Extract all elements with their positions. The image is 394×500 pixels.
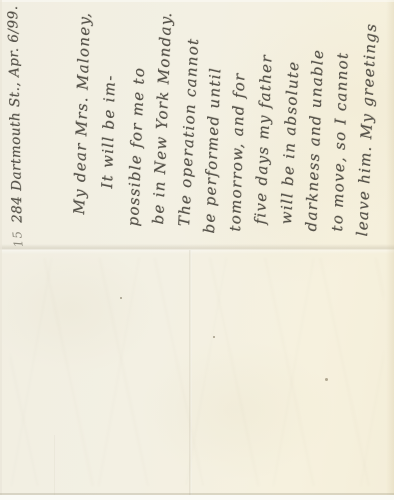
letter-body: It will be im- possible for me to be in … bbox=[95, 0, 376, 247]
rotated-letter-text: 15284 Dartmouth St., Apr. 6/99. My dear … bbox=[0, 0, 394, 500]
paper-top-edge bbox=[0, 0, 394, 2]
paper-left-edge bbox=[0, 0, 2, 500]
letter-scan: 15284 Dartmouth St., Apr. 6/99. My dear … bbox=[0, 0, 394, 500]
letter-salutation: My dear Mrs. Maloney, bbox=[67, 0, 98, 215]
written-panel: 15284 Dartmouth St., Apr. 6/99. My dear … bbox=[0, 0, 394, 247]
letter-heading-row: 15284 Dartmouth St., Apr. 6/99. bbox=[0, 0, 31, 248]
page-number-annotation: 15 bbox=[5, 229, 32, 249]
letter-heading: 284 Dartmouth St., Apr. 6/99. bbox=[5, 5, 26, 223]
paper-right-edge-shading bbox=[386, 0, 394, 500]
letter-line: It will be im- bbox=[95, 0, 125, 189]
scan-background-strip bbox=[0, 495, 394, 500]
